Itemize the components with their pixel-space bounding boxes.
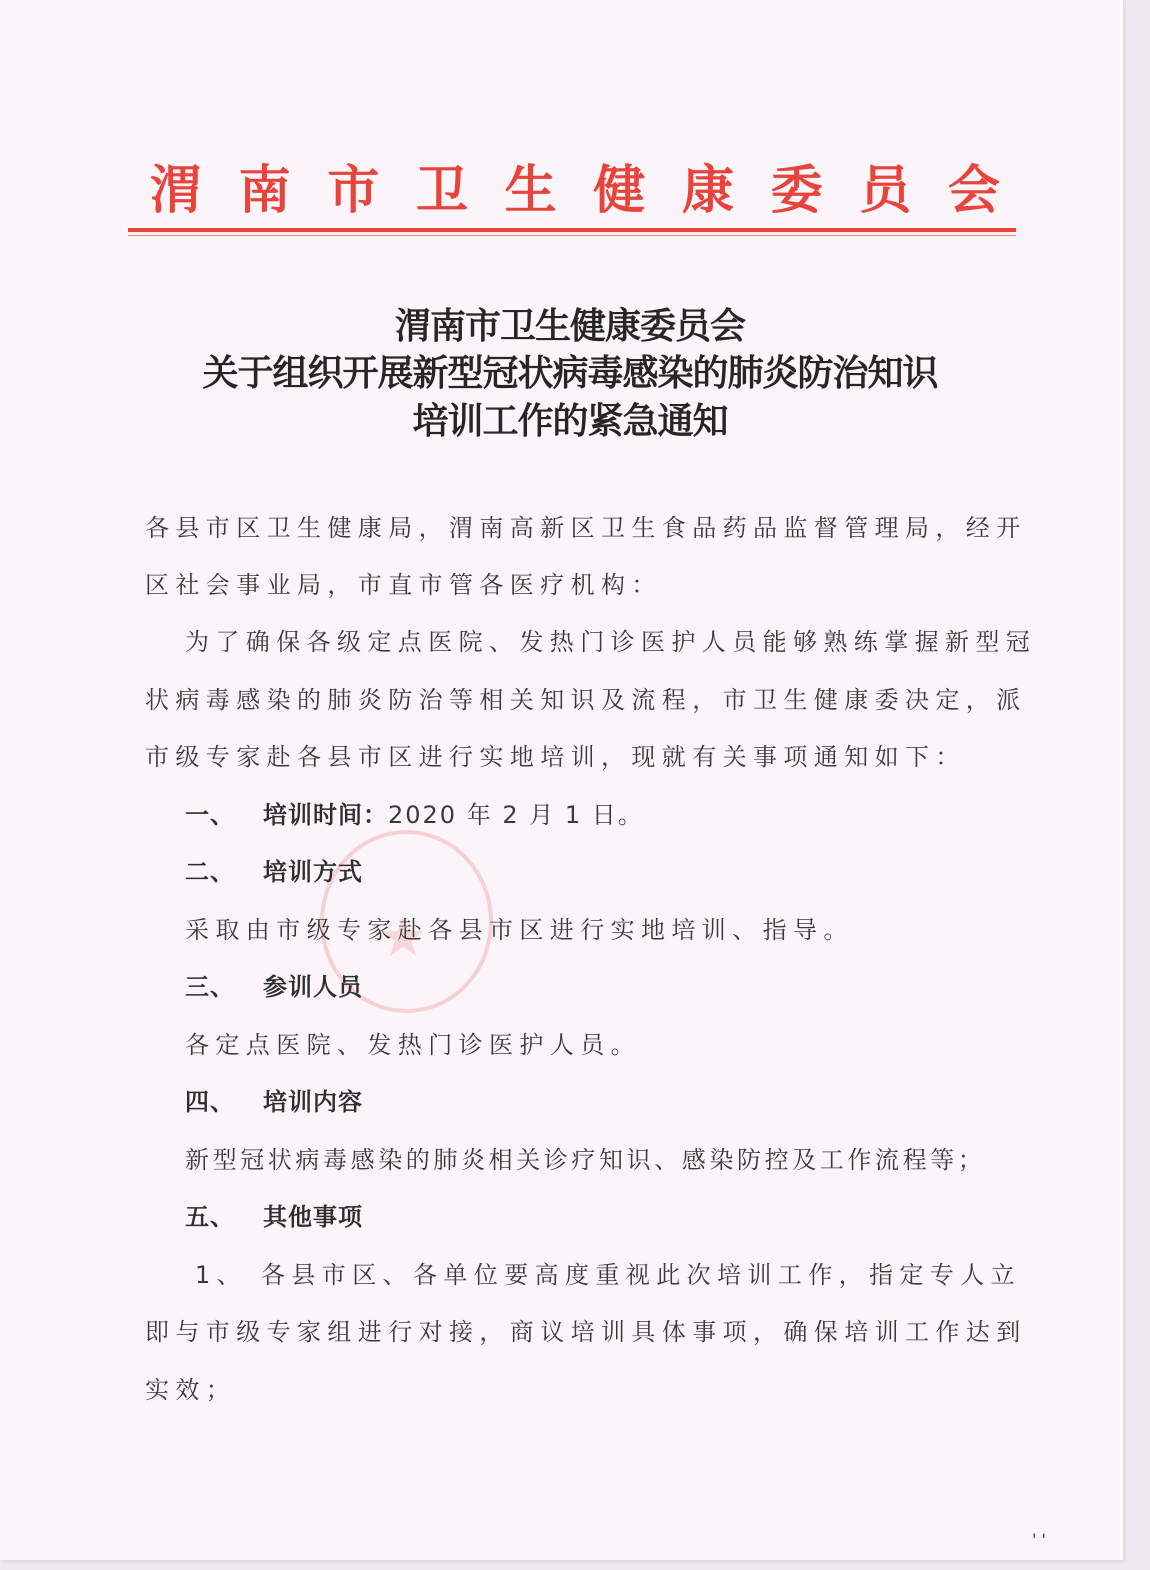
section-text: 2020 年 2 月 1 日。: [388, 801, 644, 829]
item-1-line: 1、各县市区、各单位要高度重视此次培训工作，指定专人立: [195, 1255, 1055, 1290]
section-3-heading: 三、参训人员: [185, 967, 1045, 1002]
item-number: 1、: [195, 1255, 261, 1290]
section-number: 二、: [185, 852, 263, 887]
masthead-char: 健: [593, 148, 645, 223]
document-title-line-1: 渭南市卫生健康委员会: [120, 298, 1020, 349]
addressee-line: 区社会事业局，市直市管各医疗机构：: [145, 565, 1005, 600]
item-1-line: 实效；: [145, 1370, 1005, 1405]
masthead-char: 南: [239, 148, 291, 223]
page-mark: ' ': [1032, 1530, 1046, 1549]
section-heading: 参训人员: [263, 973, 363, 1001]
section-4-text: 新型冠状病毒感染的肺炎相关诊疗知识、感染防控及工作流程等；: [185, 1140, 1045, 1175]
section-heading: 培训内容: [263, 1088, 363, 1116]
masthead-char: 员: [859, 148, 911, 223]
intro-paragraph-line: 状病毒感染的肺炎防治等相关知识及流程，市卫生健康委决定，派: [145, 680, 1005, 715]
addressee-line: 各县市区卫生健康局，渭南高新区卫生食品药品监督管理局，经开: [145, 508, 1005, 543]
section-1: 一、培训时间：2020 年 2 月 1 日。: [185, 795, 1045, 830]
section-4-heading: 四、培训内容: [185, 1082, 1045, 1117]
document-title-line-3: 培训工作的紧急通知: [120, 393, 1020, 444]
masthead-org-name: 渭 南 市 卫 生 健 康 委 员 会: [150, 150, 1000, 220]
section-3-text: 各定点医院、发热门诊医护人员。: [185, 1025, 1045, 1060]
masthead-char: 会: [948, 148, 1000, 223]
section-heading: 其他事项: [263, 1203, 363, 1231]
section-2-heading: 二、培训方式: [185, 852, 1045, 887]
document-title-line-2: 关于组织开展新型冠状病毒感染的肺炎防治知识: [120, 345, 1020, 396]
section-heading: 培训时间：: [263, 801, 388, 829]
section-number: 五、: [185, 1197, 263, 1232]
item-text: 各县市区、各单位要高度重视此次培训工作，指定专人立: [261, 1261, 1021, 1289]
masthead-char: 委: [771, 148, 823, 223]
intro-paragraph-line: 为了确保各级定点医院、发热门诊医护人员能够熟练掌握新型冠: [185, 622, 1045, 657]
masthead-divider: [128, 228, 1016, 232]
section-number: 四、: [185, 1082, 263, 1117]
section-5-heading: 五、其他事项: [185, 1197, 1045, 1232]
masthead-char: 市: [327, 148, 379, 223]
section-number: 一、: [185, 795, 263, 830]
masthead-divider-thin: [128, 235, 1016, 236]
intro-paragraph-line: 市级专家赴各县市区进行实地培训，现就有关事项通知如下：: [145, 737, 1005, 772]
section-2-text: 采取由市级专家赴各县市区进行实地培训、指导。: [185, 910, 1045, 945]
section-number: 三、: [185, 967, 263, 1002]
masthead-char: 生: [505, 148, 557, 223]
masthead-char: 渭: [150, 148, 202, 223]
item-1-line: 即与市级专家组进行对接，商议培训具体事项，确保培训工作达到: [145, 1312, 1005, 1347]
document-page: 渭 南 市 卫 生 健 康 委 员 会 渭南市卫生健康委员会 关于组织开展新型冠…: [0, 0, 1123, 1560]
section-heading: 培训方式: [263, 858, 363, 886]
masthead-char: 卫: [416, 148, 468, 223]
masthead-char: 康: [682, 148, 734, 223]
